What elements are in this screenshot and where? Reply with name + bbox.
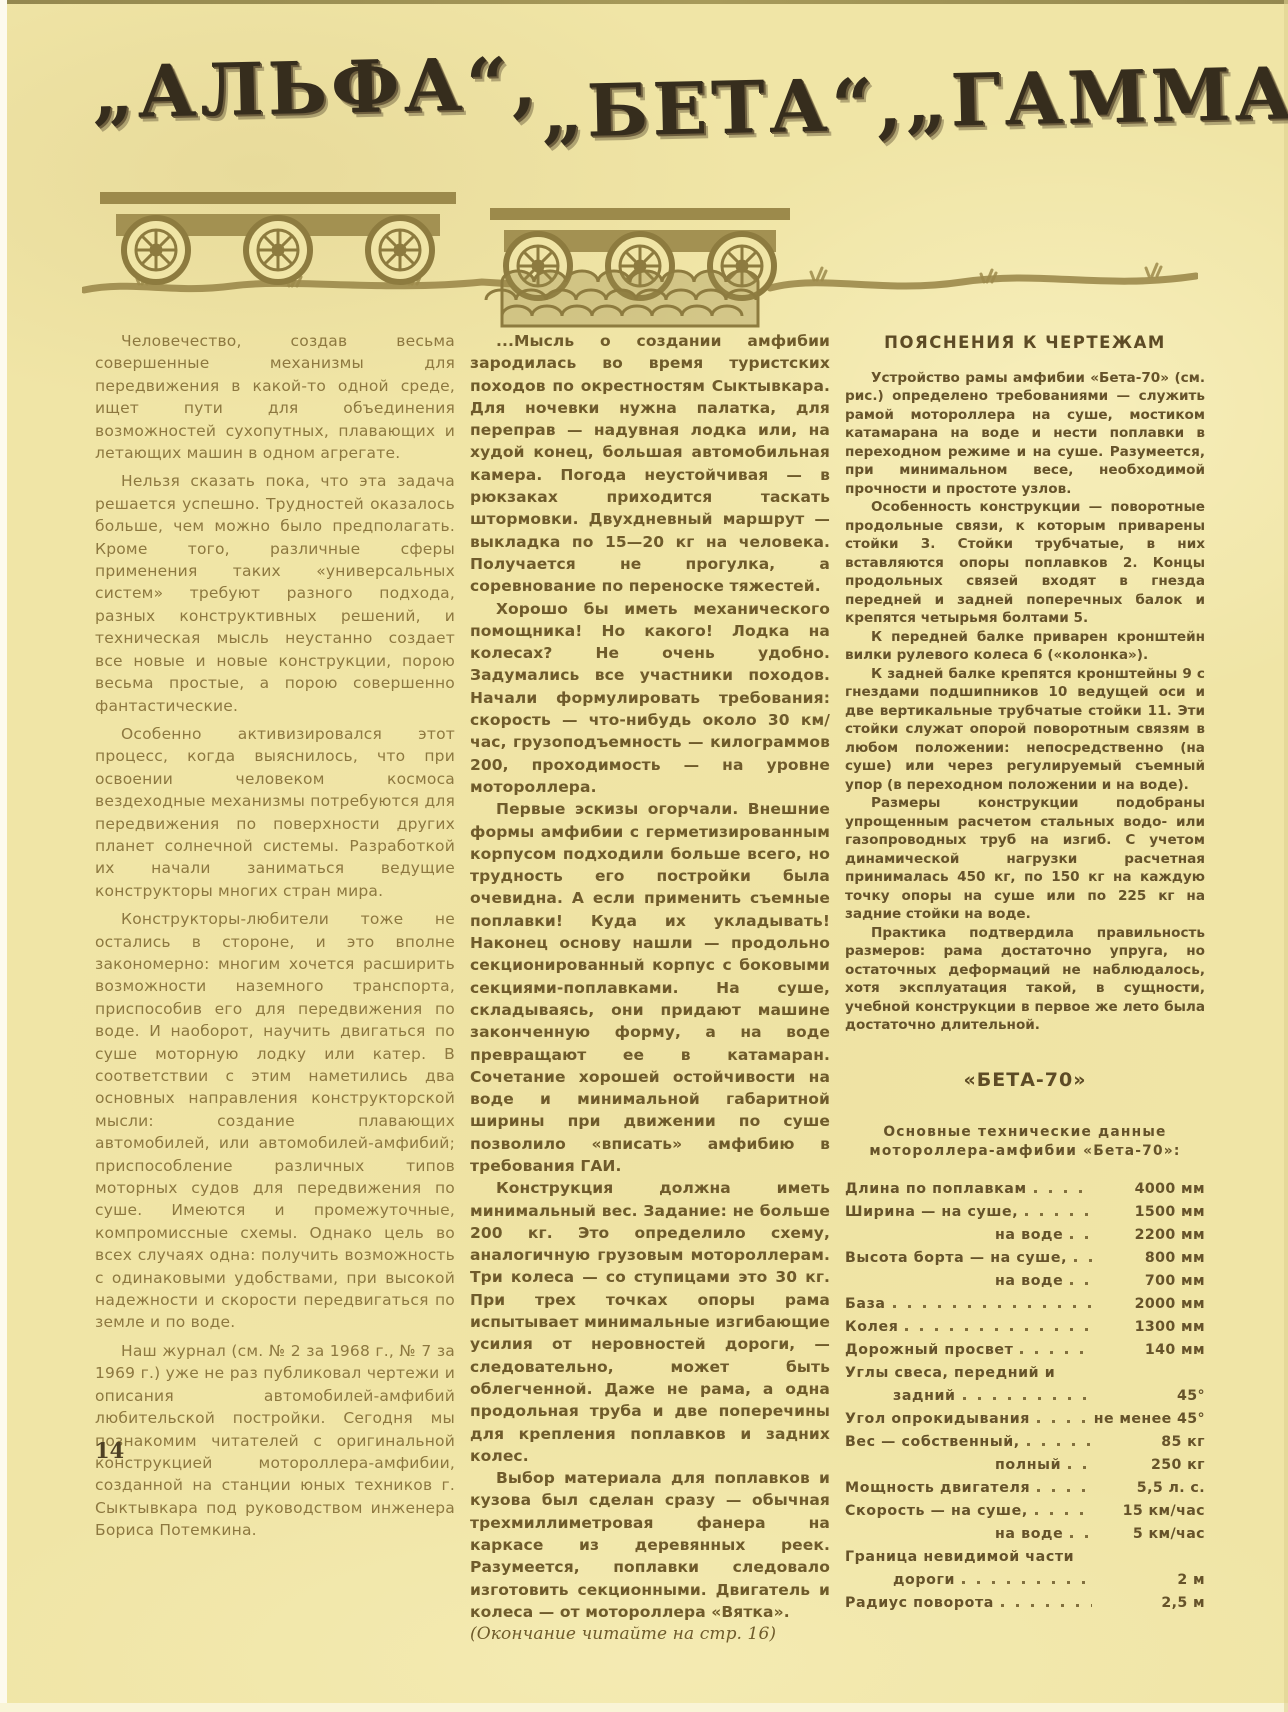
spec-row: Вес — собственный, 85 кг: [845, 1432, 1205, 1452]
dot-leader: [1001, 1604, 1092, 1607]
paragraph: Конструкция должна иметь минимальный вес…: [470, 1177, 830, 1467]
dot-leader: [1037, 1420, 1087, 1423]
paragraph: Особенность конструкции — поворотные про…: [845, 498, 1205, 628]
spec-row: Граница невидимой части: [845, 1547, 1205, 1567]
dot-leader: [1070, 1236, 1092, 1239]
paragraph: Конструкторы-любители тоже не остались в…: [95, 908, 455, 1334]
paragraph: ...Мысль о создании амфибии зародилась в…: [470, 330, 830, 598]
dot-leader: [1037, 1489, 1092, 1492]
spec-value: 15 км/час: [1099, 1501, 1205, 1521]
dot-leader: [905, 1328, 1092, 1331]
spec-value: 85 кг: [1099, 1432, 1205, 1452]
spec-value: 5 км/час: [1099, 1524, 1205, 1544]
spec-row: Радиус поворота 2,5 м: [845, 1593, 1205, 1613]
spec-value: 250 кг: [1099, 1455, 1205, 1475]
page-number: 14: [95, 1438, 124, 1463]
dot-leader: [893, 1305, 1092, 1308]
spec-label: База: [845, 1294, 886, 1314]
dot-leader: [1034, 1190, 1092, 1193]
spec-label: полный: [995, 1455, 1061, 1475]
specs-intro: Основные технические данные мотороллера-…: [855, 1123, 1195, 1161]
spec-label: дороги: [893, 1570, 955, 1590]
spec-row: дороги 2 м: [845, 1570, 1205, 1590]
spec-value: не менее 45°: [1094, 1409, 1205, 1429]
column-right: ПОЯСНЕНИЯ К ЧЕРТЕЖАМ Устройство рамы амф…: [845, 330, 1205, 1646]
scan-edge-left: [0, 0, 7, 1712]
paragraph: Хорошо бы иметь механического помощника!…: [470, 598, 830, 799]
scan-edge-top: [0, 0, 1288, 4]
spec-label: на воде: [995, 1524, 1063, 1544]
water-waves: [486, 271, 758, 326]
spec-label: Ширина — на суше,: [845, 1202, 1018, 1222]
spec-value: 5,5 л. с.: [1099, 1478, 1205, 1498]
spec-value: 4000 мм: [1099, 1179, 1205, 1199]
spec-label: Дорожный просвет: [845, 1340, 1013, 1360]
spec-label: Колея: [845, 1317, 898, 1337]
spec-row: Колея 1300 мм: [845, 1317, 1205, 1337]
spec-value: 2,5 м: [1099, 1593, 1205, 1613]
specs-heading: «БЕТА-70»: [845, 1071, 1205, 1090]
spec-value: 700 мм: [1099, 1271, 1205, 1291]
section-heading: ПОЯСНЕНИЯ К ЧЕРТЕЖАМ: [845, 334, 1205, 353]
spec-row: Угол опрокидывания не менее 45°: [845, 1409, 1205, 1429]
spec-label: Мощность двигателя: [845, 1478, 1030, 1498]
spec-row: полный 250 кг: [845, 1455, 1205, 1475]
spec-row: Дорожный просвет 140 мм: [845, 1340, 1205, 1360]
title-word-gamma: „ГАММА“...: [905, 55, 1288, 138]
dot-leader: [1070, 1535, 1092, 1538]
spec-value: 140 мм: [1099, 1340, 1205, 1360]
spec-row: Скорость — на суше, 15 км/час: [845, 1501, 1205, 1521]
spec-label: Длина по поплавкам: [845, 1179, 1027, 1199]
column-left: Человечество, создав весьма совершенные …: [95, 330, 455, 1646]
spec-label: на воде: [995, 1225, 1063, 1245]
dot-leader: [963, 1397, 1092, 1400]
spec-row: Мощность двигателя 5,5 л. с.: [845, 1478, 1205, 1498]
paragraph: К передней балке приварен кронштейн вилк…: [845, 628, 1205, 665]
spec-label: Углы свеса, передний и: [845, 1363, 1055, 1383]
dot-leader: [1020, 1351, 1092, 1354]
spec-label: Высота борта — на суше,: [845, 1248, 1067, 1268]
spec-value: 2 м: [1099, 1570, 1205, 1590]
spec-value: 45°: [1099, 1386, 1205, 1406]
spec-label: Радиус поворота: [845, 1593, 994, 1613]
spec-row: Высота борта — на суше, 800 мм: [845, 1248, 1205, 1268]
specs-table: Длина по поплавкам 4000 мм Ширина — на с…: [845, 1179, 1205, 1613]
title-word-beta: „БЕТА“,: [540, 68, 906, 148]
dot-leader: [1027, 1443, 1092, 1446]
paragraph: Особенно активизировался этот процесс, к…: [95, 723, 455, 902]
paragraph: Размеры конструкции подобраны упрощенным…: [845, 794, 1205, 924]
dot-leader: [962, 1581, 1092, 1584]
spec-label: Граница невидимой части: [845, 1547, 1074, 1567]
paragraph: К задней балке крепятся кронштейны 9 с г…: [845, 665, 1205, 795]
spec-value: 1500 мм: [1099, 1202, 1205, 1222]
cart-left: [100, 192, 456, 282]
spec-label: Скорость — на суше,: [845, 1501, 1028, 1521]
spec-row: на воде 2200 мм: [845, 1225, 1205, 1245]
wheeled-rafts-illustration: [82, 178, 1198, 328]
spec-label: Вес — собственный,: [845, 1432, 1020, 1452]
spec-label: Угол опрокидывания: [845, 1409, 1030, 1429]
spec-value: 2000 мм: [1099, 1294, 1205, 1314]
masthead: „АЛЬФА“, „БЕТА“, „ГАММА“...: [92, 52, 1196, 124]
paragraph: Наш журнал (см. № 2 за 1968 г., № 7 за 1…: [95, 1340, 455, 1542]
spec-row: задний 45°: [845, 1386, 1205, 1406]
paragraph: Выбор материала для поплавков и кузова б…: [470, 1467, 830, 1623]
magazine-page: „АЛЬФА“, „БЕТА“, „ГАММА“...: [0, 0, 1288, 1712]
dot-leader: [1025, 1213, 1092, 1216]
spec-label: на воде: [995, 1271, 1063, 1291]
paragraph: Первые эскизы огорчали. Внешние формы ам…: [470, 798, 830, 1177]
spec-row: База 2000 мм: [845, 1294, 1205, 1314]
paragraph: Практика подтвердила правильность размер…: [845, 924, 1205, 1035]
article-body: Человечество, создав весьма совершенные …: [95, 330, 1205, 1646]
paragraph: Нельзя сказать пока, что эта задача реша…: [95, 470, 455, 716]
scan-edge-right: [1284, 0, 1288, 1712]
spec-value: 1300 мм: [1099, 1317, 1205, 1337]
spec-row: Длина по поплавкам 4000 мм: [845, 1179, 1205, 1199]
scan-edge-bottom: [0, 1703, 1288, 1712]
spec-value: 800 мм: [1099, 1248, 1205, 1268]
spec-row: Углы свеса, передний и: [845, 1363, 1205, 1383]
dot-leader: [1035, 1512, 1092, 1515]
spec-row: на воде 700 мм: [845, 1271, 1205, 1291]
spec-row: Ширина — на суше, 1500 мм: [845, 1202, 1205, 1222]
spec-label: задний: [893, 1386, 956, 1406]
dot-leader: [1070, 1282, 1092, 1285]
dot-leader: [1068, 1466, 1092, 1469]
column-middle: ...Мысль о создании амфибии зародилась в…: [470, 330, 830, 1646]
dot-leader: [1074, 1259, 1092, 1262]
paragraph: Человечество, создав весьма совершенные …: [95, 330, 455, 464]
paragraph: Устройство рамы амфибии «Бета-70» (см. р…: [845, 369, 1205, 499]
spec-row: на воде 5 км/час: [845, 1524, 1205, 1544]
spec-value: 2200 мм: [1099, 1225, 1205, 1245]
title-word-alpha: „АЛЬФА“,: [91, 47, 541, 128]
continuation-note: (Окончание читайте на стр. 16): [470, 1623, 830, 1645]
